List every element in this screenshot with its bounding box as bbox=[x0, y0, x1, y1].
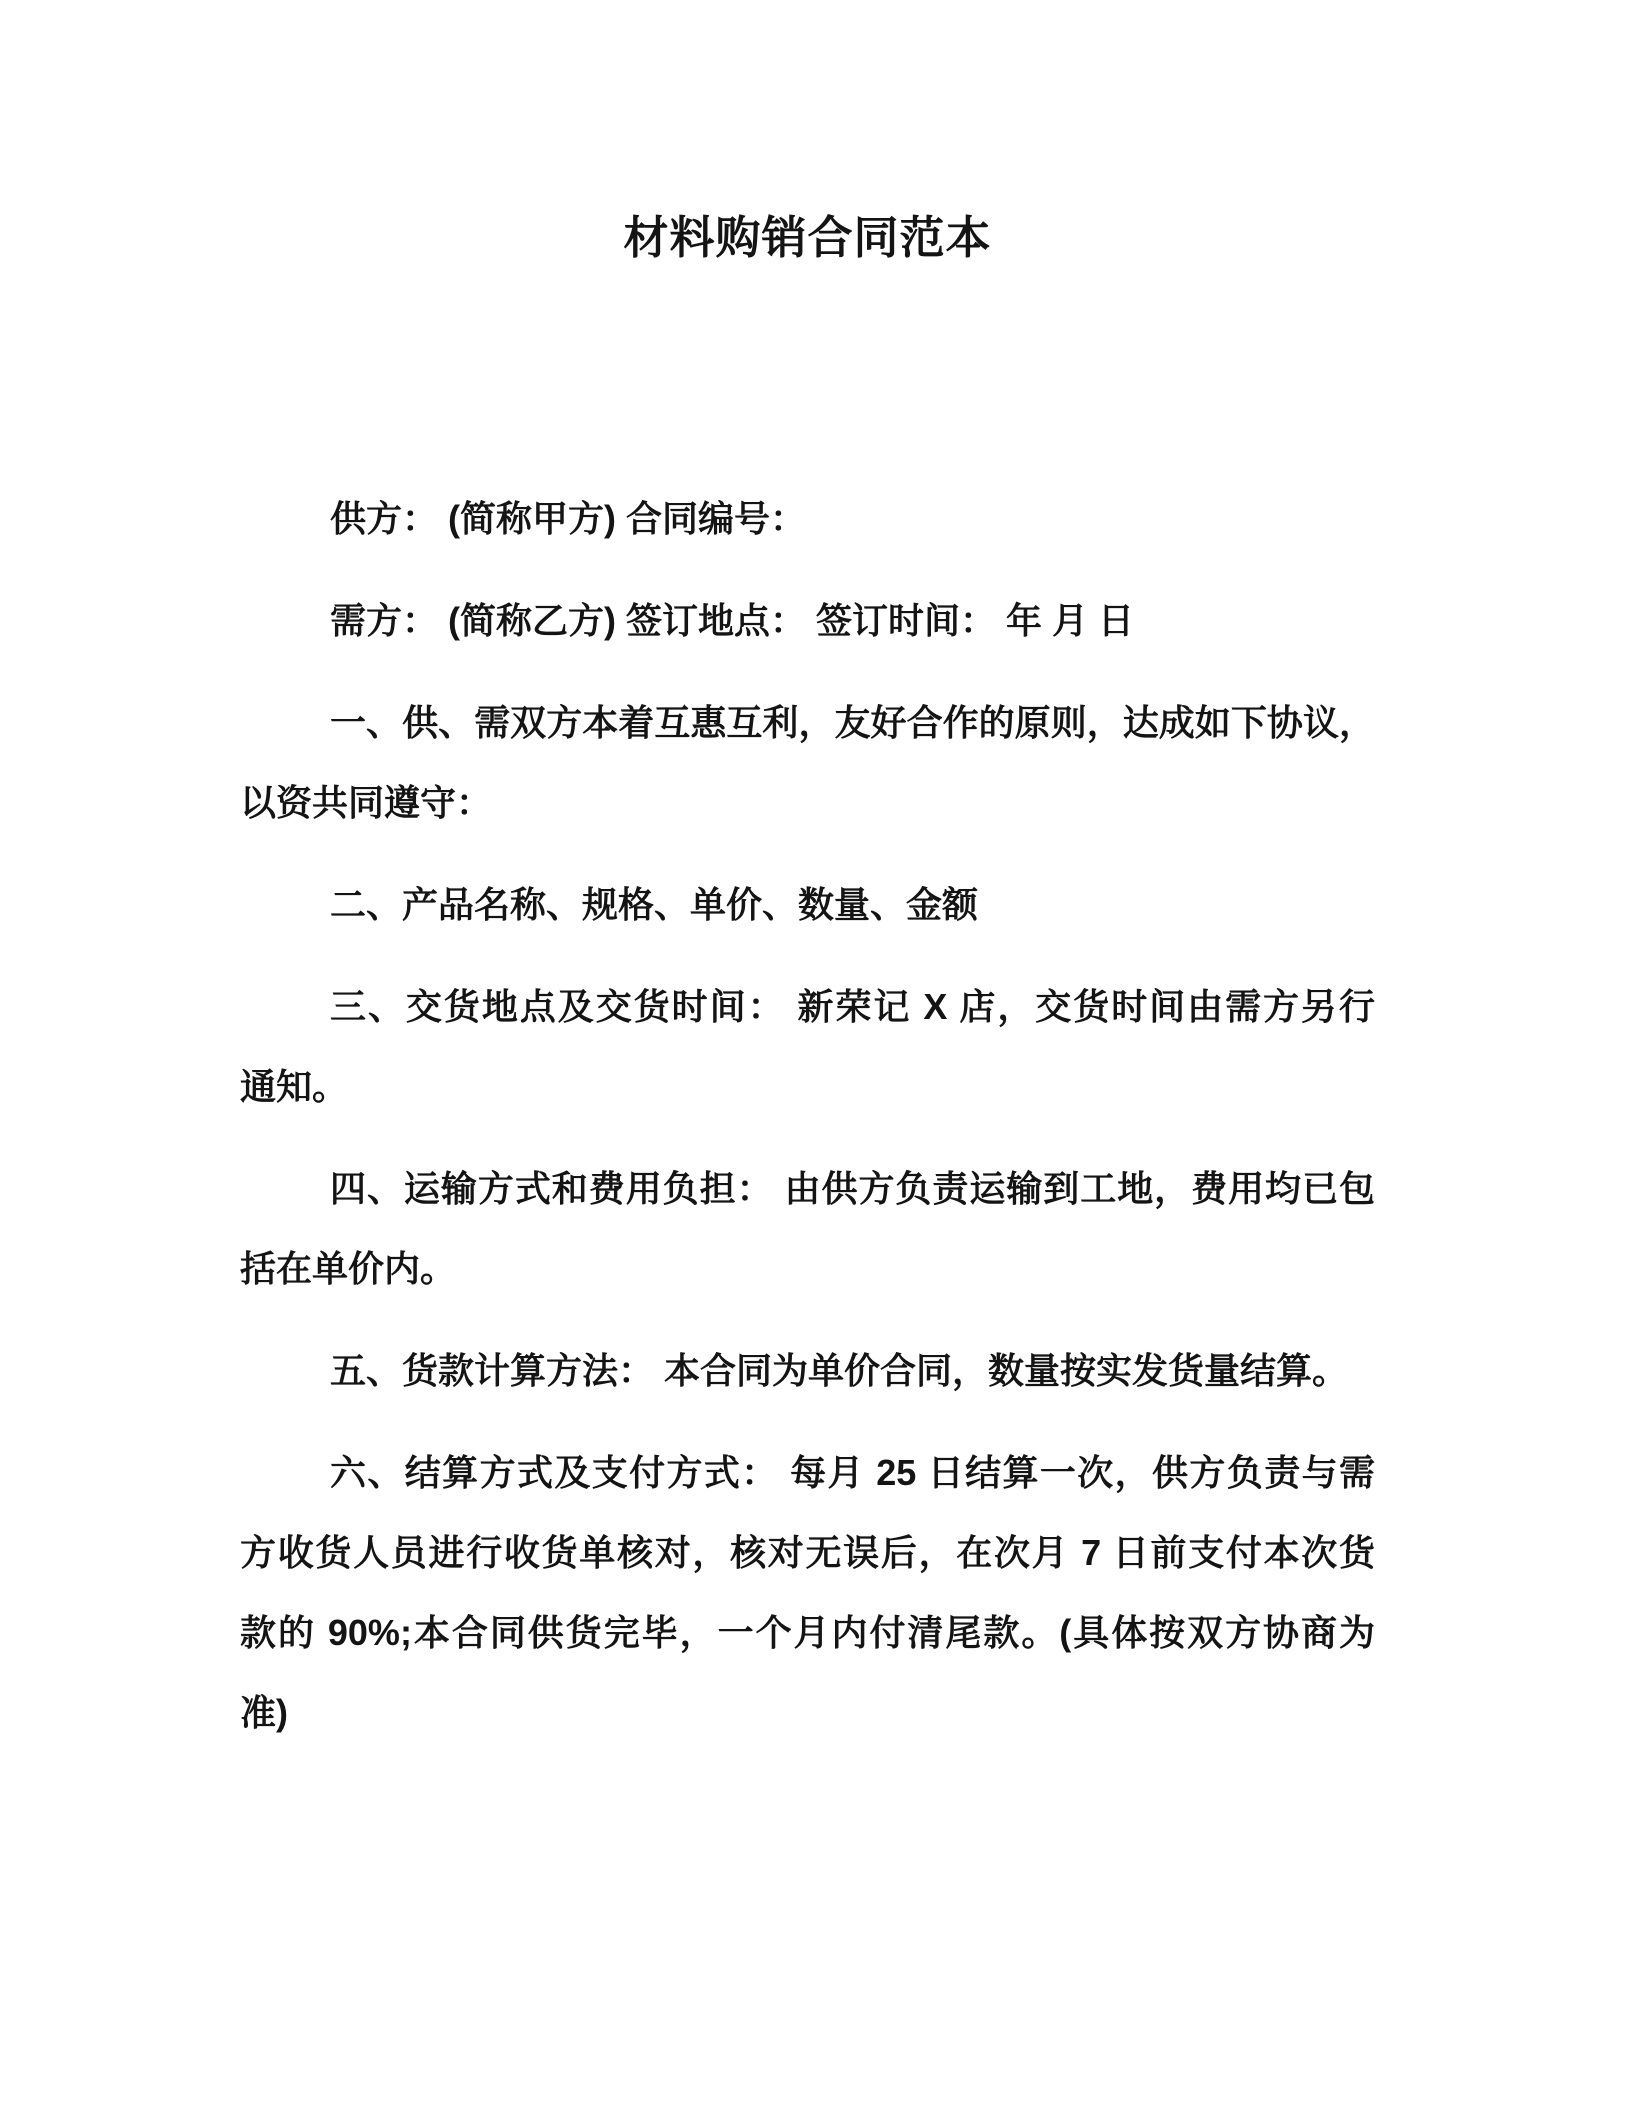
text-line: 方收货人员进行收货单核对，核对无误后，在次月 7 日前支付本次货 bbox=[240, 1513, 1375, 1593]
paragraph-clause-5: 五、货款计算方法： 本合同为单价合同，数量按实发货量结算。 bbox=[240, 1331, 1375, 1411]
text-line: 五、货款计算方法： 本合同为单价合同，数量按实发货量结算。 bbox=[240, 1331, 1375, 1411]
paragraph-clause-6: 六、结算方式及支付方式： 每月 25 日结算一次，供方负责与需 方收货人员进行收… bbox=[240, 1433, 1375, 1753]
text-line: 六、结算方式及支付方式： 每月 25 日结算一次，供方负责与需 bbox=[240, 1433, 1375, 1513]
paragraph-clause-1: 一、供、需双方本着互惠互利，友好合作的原则，达成如下协议， 以资共同遵守： bbox=[240, 683, 1375, 843]
text-line: 准) bbox=[240, 1673, 1375, 1753]
text-line: 供方： (简称甲方) 合同编号： bbox=[240, 479, 1375, 559]
paragraph-clause-3: 三、交货地点及交货时间： 新荣记 X 店，交货时间由需方另行 通知。 bbox=[240, 967, 1375, 1127]
paragraph-buyer: 需方： (简称乙方) 签订地点： 签订时间： 年 月 日 bbox=[240, 581, 1375, 661]
text-line: 通知。 bbox=[240, 1047, 1375, 1127]
paragraph-clause-2: 二、产品名称、规格、单价、数量、金额 bbox=[240, 865, 1375, 945]
text-line: 以资共同遵守： bbox=[240, 763, 1375, 843]
paragraph-supplier: 供方： (简称甲方) 合同编号： bbox=[240, 479, 1375, 559]
document-title: 材料购销合同范本 bbox=[240, 213, 1375, 263]
document-page: 材料购销合同范本 供方： (简称甲方) 合同编号： 需方： (简称乙方) 签订地… bbox=[0, 0, 1632, 2112]
text-line: 三、交货地点及交货时间： 新荣记 X 店，交货时间由需方另行 bbox=[240, 967, 1375, 1047]
text-line: 二、产品名称、规格、单价、数量、金额 bbox=[240, 865, 1375, 945]
text-line: 款的 90%;本合同供货完毕，一个月内付清尾款。(具体按双方协商为 bbox=[240, 1593, 1375, 1673]
text-line: 需方： (简称乙方) 签订地点： 签订时间： 年 月 日 bbox=[240, 581, 1375, 661]
text-line: 一、供、需双方本着互惠互利，友好合作的原则，达成如下协议， bbox=[240, 683, 1375, 763]
text-line: 括在单价内。 bbox=[240, 1229, 1375, 1309]
text-line: 四、运输方式和费用负担： 由供方负责运输到工地，费用均已包 bbox=[240, 1149, 1375, 1229]
paragraph-clause-4: 四、运输方式和费用负担： 由供方负责运输到工地，费用均已包 括在单价内。 bbox=[240, 1149, 1375, 1309]
